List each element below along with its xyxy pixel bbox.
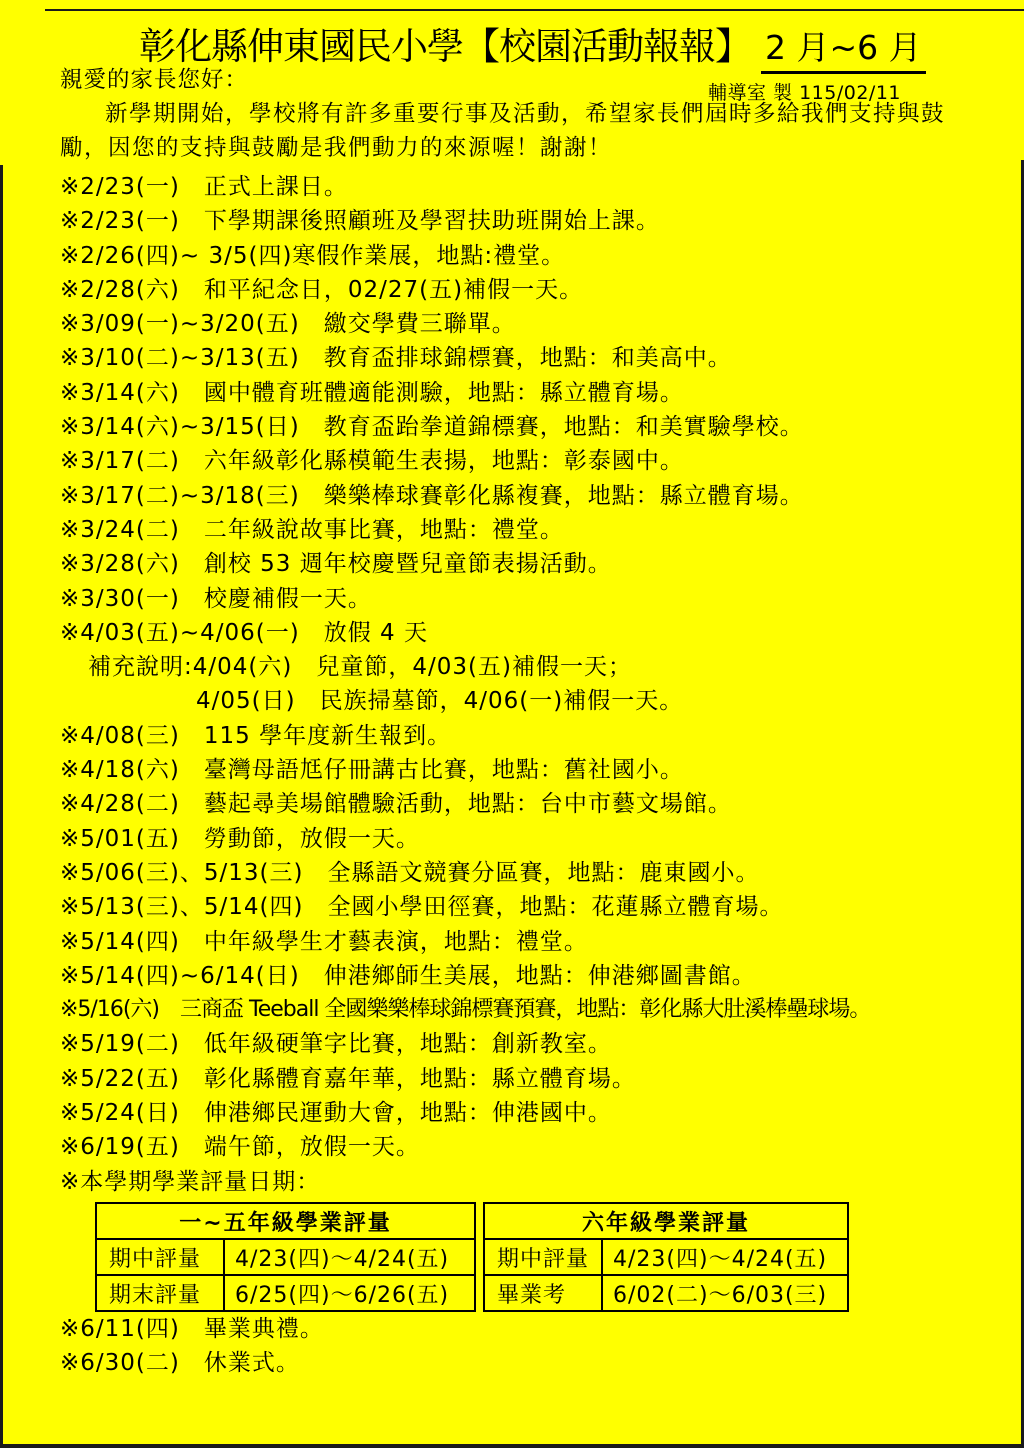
- scanned-school-bulletin: { "page": { "bg_color": "#FFFF00", "text…: [0, 0, 1024, 1448]
- exam-table-grades-1-5: 一~五年級學業評量 期中評量 4/23(四)～4/24(五) 期末評量 6/25…: [95, 1202, 476, 1312]
- event-line: ※5/01(五) 勞動節，放假一天。: [60, 822, 870, 856]
- exam-row-label: 畢業考: [484, 1275, 602, 1311]
- event-line: ※4/08(三) 115 學年度新生報到。: [60, 719, 870, 753]
- event-line: ※2/26(四)~ 3/5(四)寒假作業展，地點:禮堂。: [60, 239, 870, 273]
- exam-row-label: 期中評量: [484, 1239, 602, 1275]
- exam-row-dates: 4/23(四)～4/24(五): [224, 1239, 475, 1275]
- event-line: ※3/30(一) 校慶補假一天。: [60, 582, 870, 616]
- intro-paragraph: 新學期開始，學校將有許多重要行事及活動，希望家長們屆時多給我們支持與鼓 勵，因您…: [60, 97, 945, 166]
- greeting-line: 親愛的家長您好：: [60, 62, 248, 94]
- exam-schedule: 一~五年級學業評量 期中評量 4/23(四)～4/24(五) 期末評量 6/25…: [95, 1202, 849, 1312]
- event-note-line: 4/05(日) 民族掃墓節，4/06(一)補假一天。: [60, 684, 870, 718]
- event-line: ※5/16(六) 三商盃 Teeball 全國樂樂棒球錦標賽預賽，地點：彰化縣大…: [60, 993, 870, 1027]
- exam-row-label: 期中評量: [96, 1239, 224, 1275]
- event-line: ※4/28(二) 藝起尋美場館體驗活動，地點：台中市藝文場館。: [60, 787, 870, 821]
- event-line: ※5/06(三)、5/13(三) 全縣語文競賽分區賽，地點：鹿東國小。: [60, 856, 870, 890]
- scan-artifact-left: [0, 165, 3, 1448]
- event-line: ※5/13(三)、5/14(四) 全國小學田徑賽，地點：花蓮縣立體育場。: [60, 890, 870, 924]
- event-line: ※3/14(六)~3/15(日) 教育盃跆拳道錦標賽，地點：和美實驗學校。: [60, 410, 870, 444]
- event-line: ※5/24(日) 伸港鄉民運動大會，地點：伸港國中。: [60, 1096, 870, 1130]
- event-line: ※3/10(二)~3/13(五) 教育盃排球錦標賽，地點：和美高中。: [60, 341, 870, 375]
- event-list: ※2/23(一) 正式上課日。 ※2/23(一) 下學期課後照顧班及學習扶助班開…: [60, 170, 870, 1199]
- intro-line-1: 新學期開始，學校將有許多重要行事及活動，希望家長們屆時多給我們支持與鼓: [60, 97, 945, 131]
- scan-artifact-bottom: [0, 1444, 1024, 1448]
- exam-row-dates: 4/23(四)～4/24(五): [602, 1239, 848, 1275]
- event-line: ※4/18(六) 臺灣母語尪仔冊講古比賽，地點：舊社國小。: [60, 753, 870, 787]
- period-label: 2 月~6 月: [761, 22, 926, 74]
- footer-event-list: ※6/11(四) 畢業典禮。 ※6/30(二) 休業式。: [60, 1312, 324, 1381]
- exam-table-grade-6: 六年級學業評量 期中評量 4/23(四)～4/24(五) 畢業考 6/02(二)…: [483, 1202, 849, 1312]
- event-line: ※5/14(四)~6/14(日) 伸港鄉師生美展，地點：伸港鄉圖書館。: [60, 959, 870, 993]
- scan-artifact-top: [45, 9, 1024, 11]
- event-line: ※3/17(二) 六年級彰化縣模範生表揚，地點：彰泰國中。: [60, 444, 870, 478]
- event-line: ※4/03(五)~4/06(一) 放假 4 天: [60, 616, 870, 650]
- event-line: ※3/28(六) 創校 53 週年校慶暨兒童節表揚活動。: [60, 547, 870, 581]
- exam-row-dates: 6/02(二)～6/03(三): [602, 1275, 848, 1311]
- event-line: ※3/17(二)~3/18(三) 樂樂棒球賽彰化縣複賽，地點：縣立體育場。: [60, 479, 870, 513]
- intro-line-2: 勵，因您的支持與鼓勵是我們動力的來源喔！謝謝！: [60, 131, 945, 165]
- event-line: ※3/14(六) 國中體育班體適能測驗，地點：縣立體育場。: [60, 376, 870, 410]
- event-line: ※6/30(二) 休業式。: [60, 1346, 324, 1380]
- event-section-label: ※本學期學業評量日期：: [60, 1165, 870, 1199]
- event-line: ※2/23(一) 正式上課日。: [60, 170, 870, 204]
- event-line: ※5/14(四) 中年級學生才藝表演，地點：禮堂。: [60, 925, 870, 959]
- exam-table-header: 一~五年級學業評量: [96, 1203, 475, 1239]
- event-note-line: 補充說明:4/04(六) 兒童節，4/03(五)補假一天；: [60, 650, 870, 684]
- event-line: ※3/24(二) 二年級說故事比賽，地點：禮堂。: [60, 513, 870, 547]
- event-line: ※6/11(四) 畢業典禮。: [60, 1312, 324, 1346]
- event-line: ※5/19(二) 低年級硬筆字比賽，地點：創新教室。: [60, 1027, 870, 1061]
- exam-row-dates: 6/25(四)～6/26(五): [224, 1275, 475, 1311]
- exam-table-header: 六年級學業評量: [484, 1203, 848, 1239]
- exam-row-label: 期末評量: [96, 1275, 224, 1311]
- event-line: ※2/28(六) 和平紀念日，02/27(五)補假一天。: [60, 273, 870, 307]
- event-line: ※6/19(五) 端午節，放假一天。: [60, 1130, 870, 1164]
- event-line: ※5/22(五) 彰化縣體育嘉年華，地點：縣立體育場。: [60, 1062, 870, 1096]
- event-line: ※2/23(一) 下學期課後照顧班及學習扶助班開始上課。: [60, 204, 870, 238]
- event-line: ※3/09(一)~3/20(五) 繳交學費三聯單。: [60, 307, 870, 341]
